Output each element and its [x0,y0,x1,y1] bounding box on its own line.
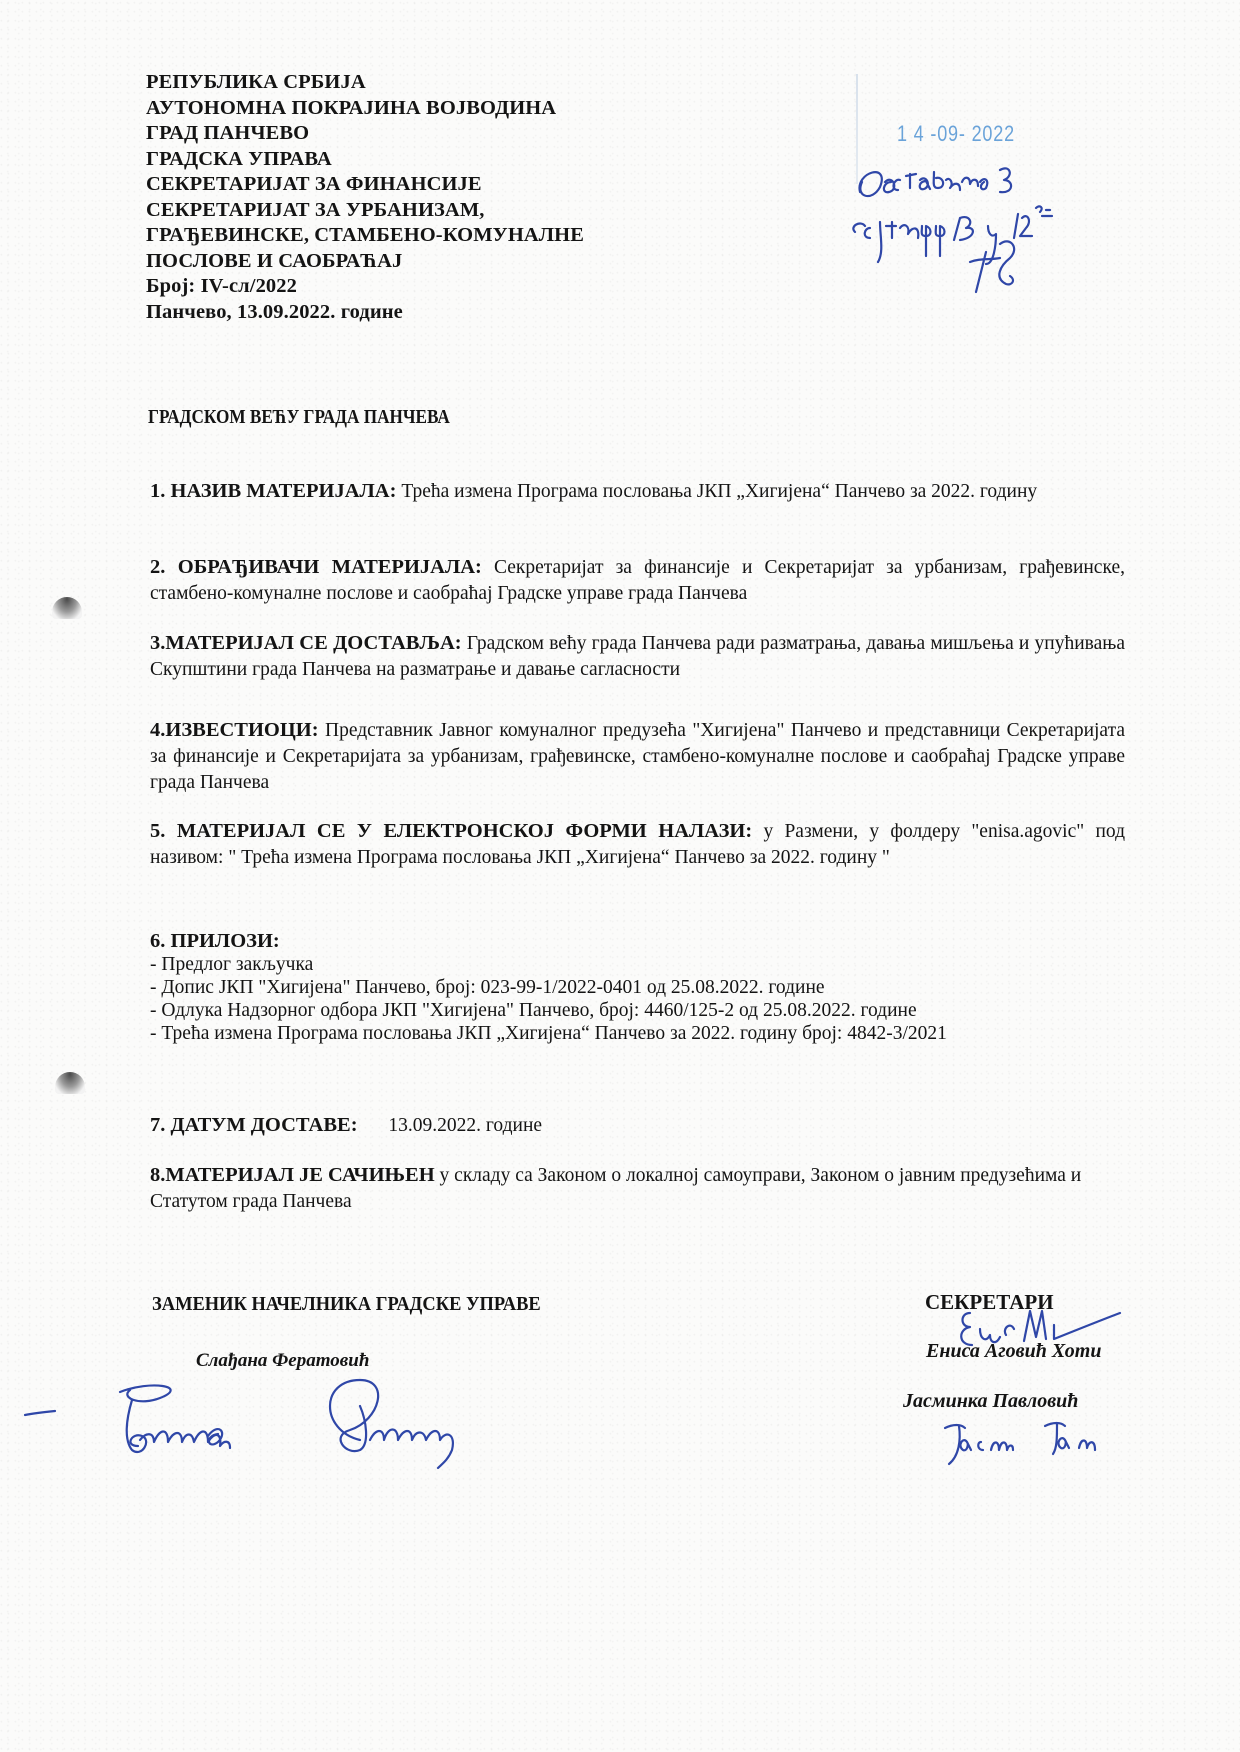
attachment-item: - Трећа измена Програма пословања ЈКП „Х… [150,1022,1125,1045]
section-label: 3.МАТЕРИЈАЛ СЕ ДОСТАВЉА: [150,632,462,654]
section-label: 7. ДАТУМ ДОСТАВЕ: [150,1114,358,1136]
letterhead-line: РЕПУБЛИКА СРБИЈА [146,70,584,96]
document-number: Број: IV-сл/2022 [146,274,584,300]
letterhead: РЕПУБЛИКА СРБИЈА АУТОНОМНА ПОКРАЈИНА ВОЈ… [146,70,584,325]
letterhead-line: ГРАЂЕВИНСКЕ, СТАМБЕНО-КОМУНАЛНЕ [146,223,584,249]
section-label: 5. МАТЕРИЈАЛ СЕ У ЕЛЕКТРОНСКОЈ ФОРМИ НАЛ… [150,820,752,842]
section-label: 6. ПРИЛОЗИ: [150,930,1125,953]
attachment-item: - Одлука Надзорног одбора ЈКП "Хигијена"… [150,999,1125,1022]
signatory-name-right-1: Ениса Аговић Хоти [926,1340,1101,1363]
section-label: 2. ОБРАЂИВАЧИ МАТЕРИЈАЛА: [150,556,482,578]
letterhead-line: ГРАД ПАНЧЕВО [146,121,584,147]
handwritten-note [850,152,1130,302]
document-page: РЕПУБЛИКА СРБИЈА АУТОНОМНА ПОКРАЈИНА ВОЈ… [0,0,1240,1752]
receipt-stamp-date: 1 4 -09- 2022 [897,121,1015,147]
signatory-name-left: Слађана Фератовић [196,1350,369,1372]
section-rapporteurs: 4.ИЗВЕСТИОЦИ: Представник Јавног комунал… [150,717,1125,796]
delivery-date-value: 13.09.2022. године [388,1115,542,1136]
addressee: ГРАДСКОМ ВЕЋУ ГРАДА ПАНЧЕВА [148,406,450,429]
handwritten-signature-left [20,1370,580,1470]
attachment-item: - Допис ЈКП "Хигијена" Панчево, број: 02… [150,976,1125,999]
letterhead-line: СЕКРЕТАРИЈАТ ЗА УРБАНИЗАМ, [146,198,584,224]
handwritten-signature-right-2 [935,1420,1105,1470]
punch-hole-top [52,597,82,619]
section-label: 1. НАЗИВ МАТЕРИЈАЛА: [150,480,396,502]
signatory-title-left: ЗАМЕНИК НАЧЕЛНИКА ГРАДСКЕ УПРАВЕ [152,1293,541,1316]
section-label: 8.МАТЕРИЈАЛ ЈЕ САЧИЊЕН [150,1164,435,1186]
punch-hole-bottom [55,1072,85,1094]
attachment-item: - Предлог закључка [150,953,1125,976]
section-delivery-date: 7. ДАТУМ ДОСТАВЕ: 13.09.2022. године [150,1112,1125,1139]
section-label: 4.ИЗВЕСТИОЦИ: [150,719,319,741]
letterhead-line: АУТОНОМНА ПОКРАЈИНА ВОЈВОДИНА [146,96,584,122]
letterhead-line: ПОСЛОВЕ И САОБРАЋАЈ [146,249,584,275]
section-delivered-to: 3.МАТЕРИЈАЛ СЕ ДОСТАВЉА: Градском већу г… [150,630,1125,683]
signatory-name-right-2: Јасминка Павловић [903,1390,1078,1413]
section-text: Трећа измена Програма пословања ЈКП „Хиг… [396,481,1037,502]
section-prepared-by: 2. ОБРАЂИВАЧИ МАТЕРИЈАЛА: Секретаријат з… [150,554,1125,607]
section-attachments: 6. ПРИЛОЗИ: - Предлог закључка - Допис Ј… [150,930,1125,1045]
section-title-of-material: 1. НАЗИВ МАТЕРИЈАЛА: Трећа измена Програ… [150,478,1125,505]
section-legal-basis: 8.МАТЕРИЈАЛ ЈЕ САЧИЊЕН у складу са Закон… [150,1162,1090,1215]
letterhead-line: СЕКРЕТАРИЈАТ ЗА ФИНАНСИЈЕ [146,172,584,198]
section-electronic-location: 5. МАТЕРИЈАЛ СЕ У ЕЛЕКТРОНСКОЈ ФОРМИ НАЛ… [150,818,1125,871]
letterhead-line: ГРАДСКА УПРАВА [146,147,584,173]
document-date: Панчево, 13.09.2022. године [146,300,584,326]
